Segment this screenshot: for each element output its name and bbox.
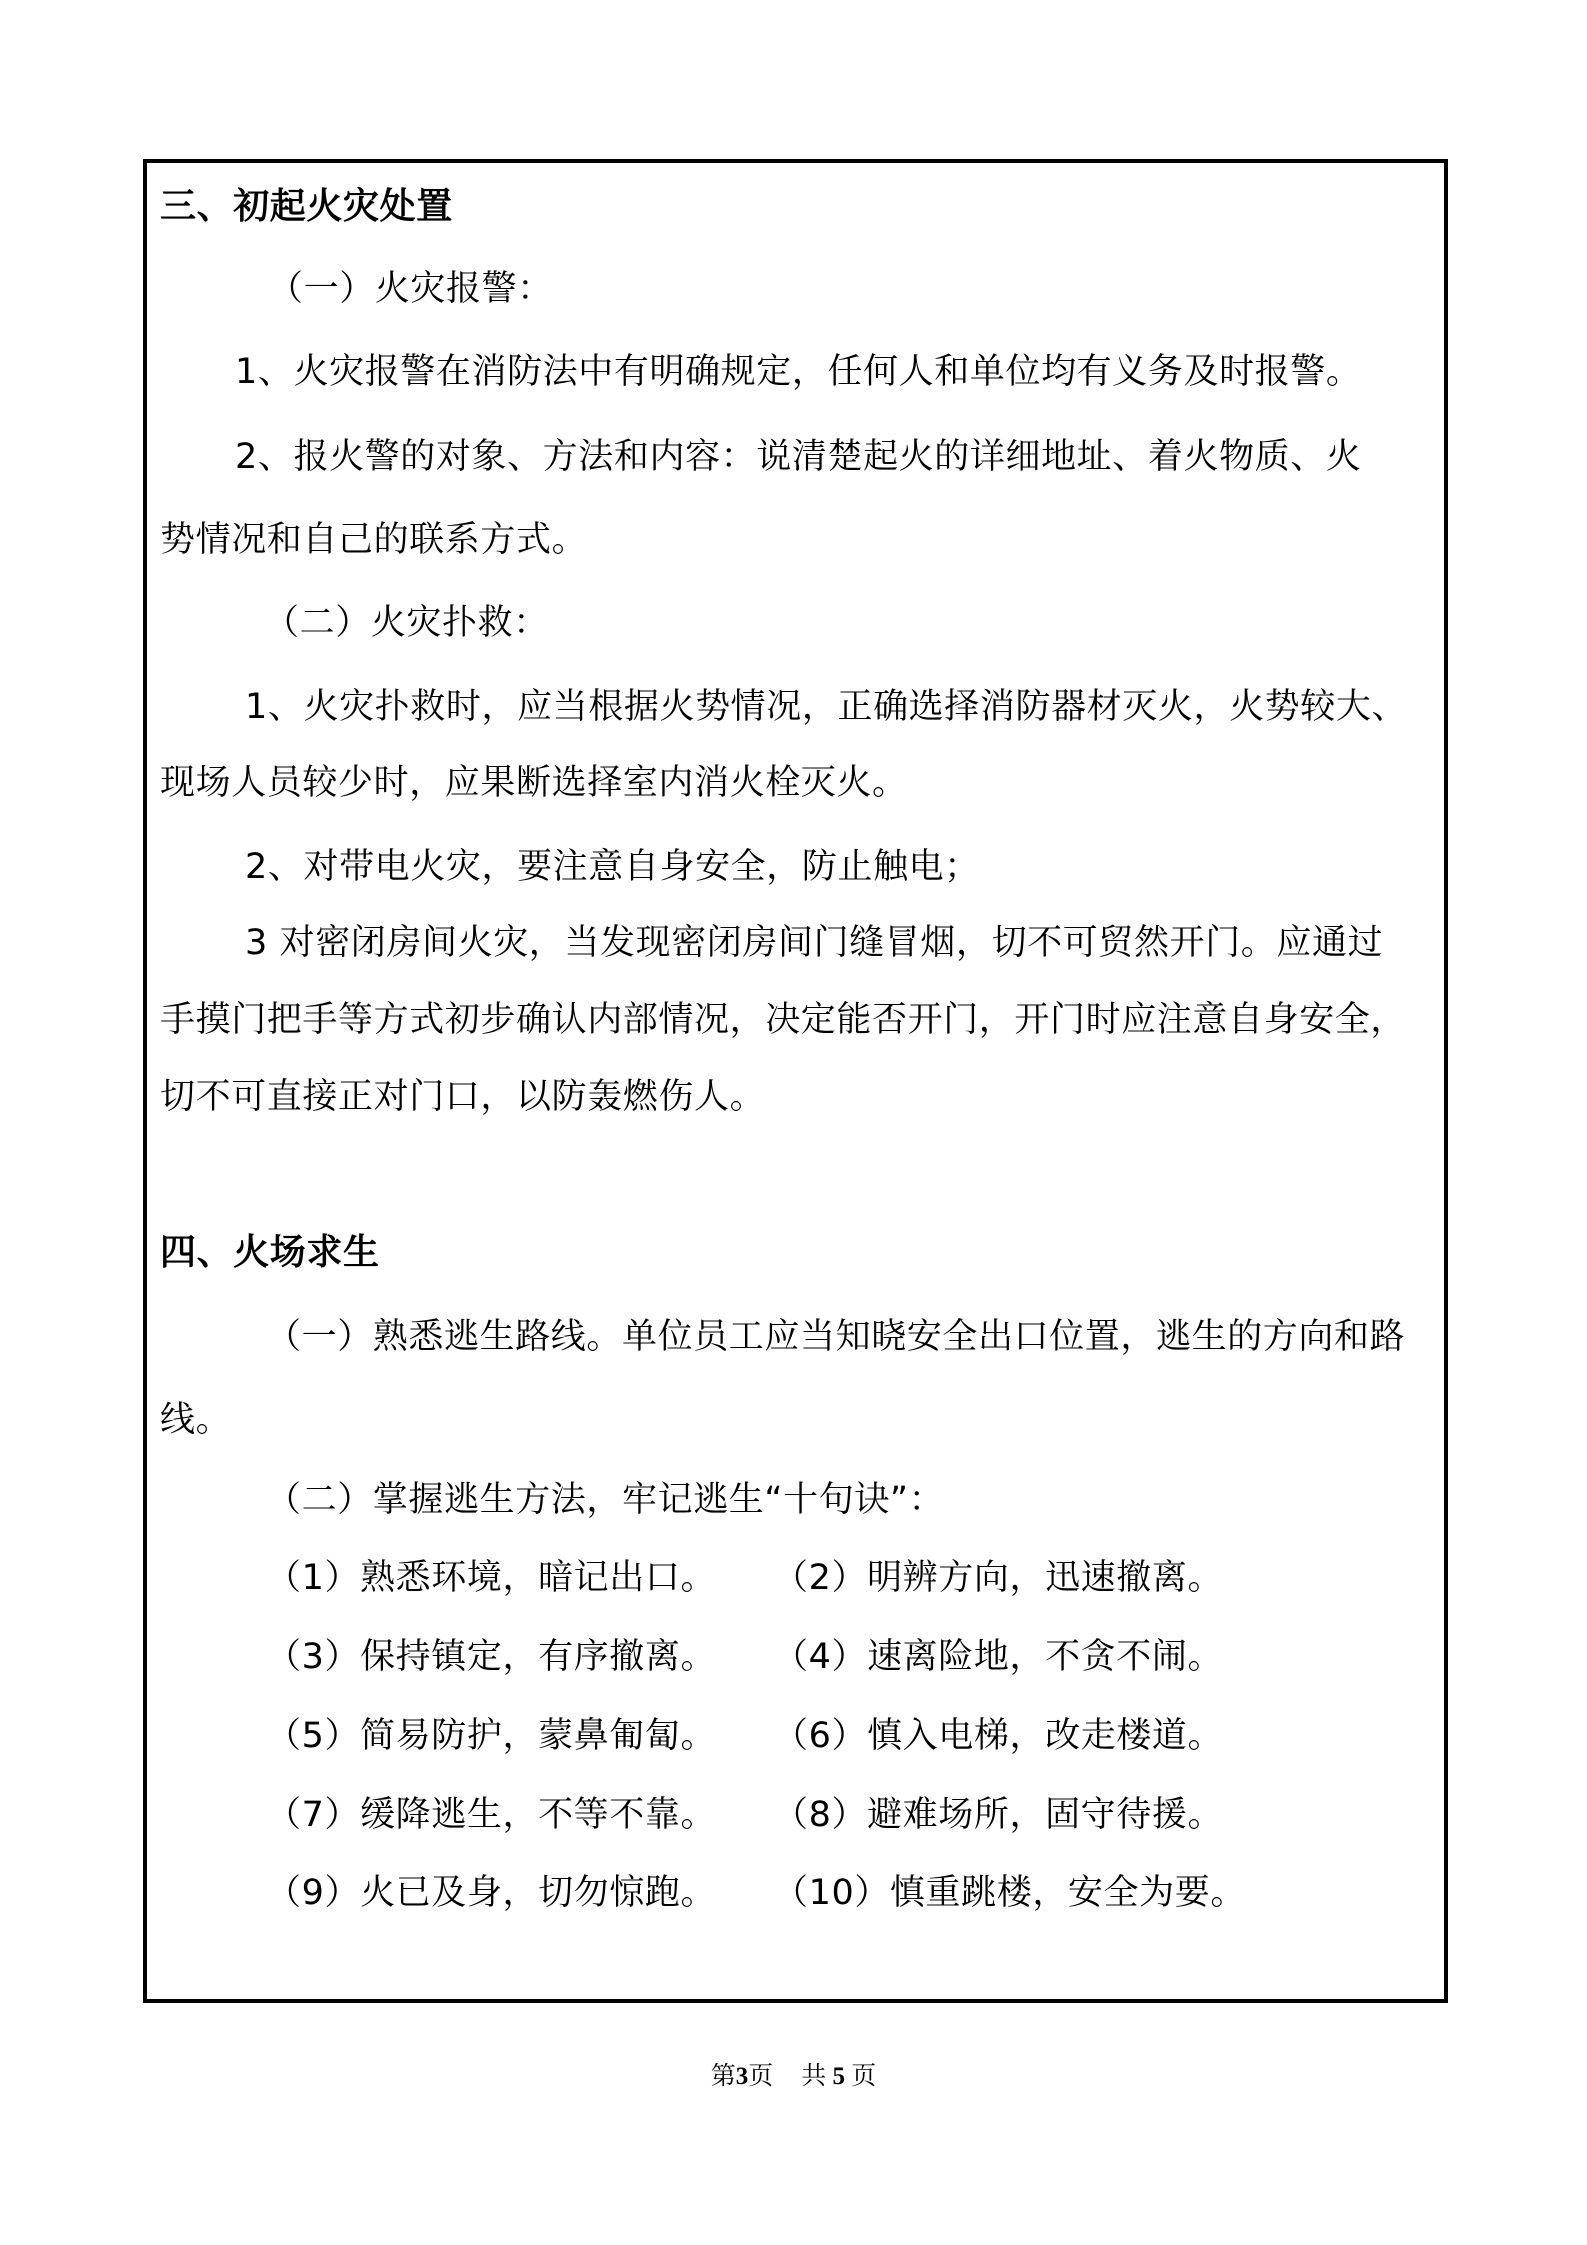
subsection-title: （一）火灾报警： xyxy=(268,264,553,314)
page-footer: 第3页共 5 页 xyxy=(0,2062,1587,2092)
paragraph-line: 2、对带电火灾，要注意自身安全，防止触电； xyxy=(245,842,980,892)
paragraph-line: 线。 xyxy=(160,1395,231,1445)
rule-item: （7）缓降逃生，不等不靠。 xyxy=(266,1790,716,1840)
page-total: 5 xyxy=(833,2063,846,2090)
paragraph-line: 2、报火警的对象、方法和内容：说清楚起火的详细地址、着火物质、火 xyxy=(235,432,1361,482)
paragraph-line: （一）熟悉逃生路线。单位员工应当知晓安全出口位置，逃生的方向和路 xyxy=(266,1312,1405,1362)
rule-item: （9）火已及身，切勿惊跑。 xyxy=(266,1868,716,1918)
page-current: 3 xyxy=(736,2063,749,2090)
rule-item: （5）简易防护，蒙鼻匍匐。 xyxy=(266,1711,716,1761)
section-heading: 四、火场求生 xyxy=(160,1228,380,1278)
page-prefix: 第 xyxy=(711,2063,736,2090)
rule-item: （4）速离险地，不贪不闹。 xyxy=(773,1632,1223,1682)
rule-item: （2）明辨方向，迅速撤离。 xyxy=(773,1553,1223,1603)
rule-item: （10）慎重跳楼，安全为要。 xyxy=(773,1868,1246,1918)
rule-item: （1）熟悉环境，暗记出口。 xyxy=(266,1553,716,1603)
subsection-title: （二）掌握逃生方法，牢记逃生“十句诀”： xyxy=(266,1475,944,1525)
rule-item: （3）保持镇定，有序撤离。 xyxy=(266,1632,716,1682)
paragraph-line: 现场人员较少时，应果断选择室内消火栓灭火。 xyxy=(160,758,908,808)
paragraph-line: 势情况和自己的联系方式。 xyxy=(160,515,587,565)
paragraph-line: 1、火灾报警在消防法中有明确规定，任何人和单位均有义务及时报警。 xyxy=(235,347,1361,397)
section-heading: 三、初起火灾处置 xyxy=(160,182,453,232)
paragraph-line: 3 对密闭房间火灾，当发现密闭房间门缝冒烟，切不可贸然开门。应通过 xyxy=(245,918,1383,968)
paragraph-line: 1、火灾扑救时，应当根据火势情况，正确选择消防器材灭火，火势较大、 xyxy=(245,682,1407,732)
total-suffix: 页 xyxy=(851,2063,876,2090)
subsection-title: （二）火灾扑救： xyxy=(264,598,549,648)
rule-item: （8）避难场所，固守待援。 xyxy=(773,1790,1223,1840)
paragraph-line: 切不可直接正对门口，以防轰燃伤人。 xyxy=(160,1072,765,1122)
page-suffix: 页 xyxy=(748,2063,773,2090)
rule-item: （6）慎入电梯，改走楼道。 xyxy=(773,1711,1223,1761)
total-prefix: 共 xyxy=(801,2063,826,2090)
paragraph-line: 手摸门把手等方式初步确认内部情况，决定能否开门，开门时应注意自身安全， xyxy=(160,995,1406,1045)
